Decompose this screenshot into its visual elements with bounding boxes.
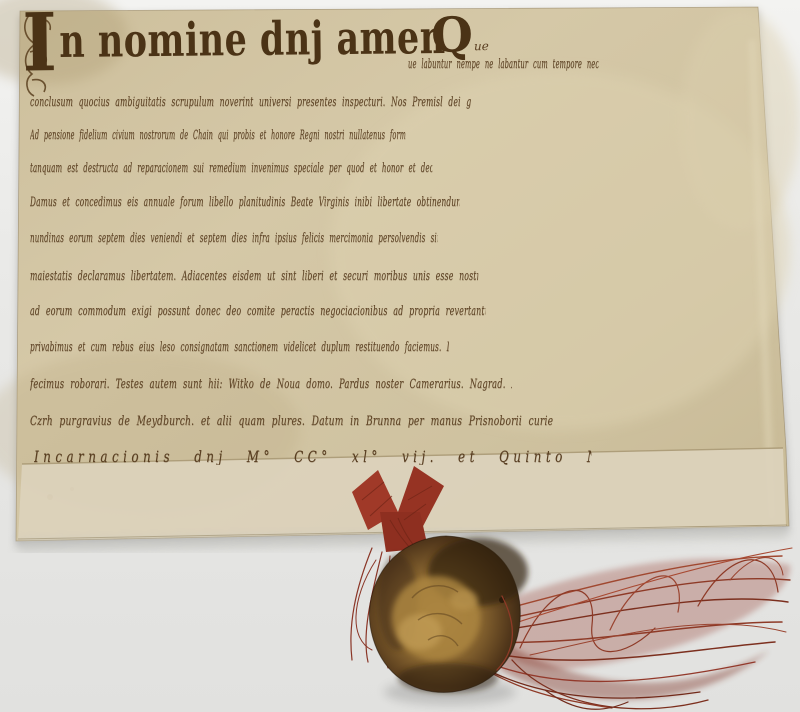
manuscript-line: conclusum quocius ambiguitatis scrupulum… bbox=[30, 96, 471, 109]
manuscript-line: ue labuntur nempe ne labantur cum tempor… bbox=[408, 58, 598, 71]
manuscript-line: ad eorum commodum exigi possunt donec de… bbox=[30, 305, 486, 318]
manuscript-line: Czrh purgravius de Meydburch. et alii qu… bbox=[30, 415, 556, 428]
manuscript-dateline: Incarnacionis dnj M° CC° xl° vij. et Qui… bbox=[34, 449, 591, 465]
heading-body: n nomine dnj amen bbox=[59, 15, 446, 65]
manuscript-line: tanquam est destructa ad reparacionem su… bbox=[30, 162, 432, 175]
manuscript-line: nundinas eorum septem dies veniendi et s… bbox=[30, 232, 438, 245]
manuscript-line: fecimus roborari. Testes autem sunt hii:… bbox=[30, 378, 512, 391]
manuscript-text: I n nomine dnj amen Q ue ue labuntur nem… bbox=[0, 0, 800, 712]
manuscript-line: maiestatis declaramus libertatem. Adiace… bbox=[30, 270, 478, 283]
heading-initial: I bbox=[22, 10, 55, 78]
heading-small-letters: ue bbox=[474, 39, 489, 53]
charter-photo: I n nomine dnj amen Q ue ue labuntur nem… bbox=[0, 0, 800, 712]
manuscript-line: Ad pensione fidelium civium nostrorum de… bbox=[30, 129, 405, 142]
manuscript-line: privabimus et cum rebus eius leso consig… bbox=[30, 341, 449, 354]
manuscript-line: Damus et concedimus eis annuale forum li… bbox=[30, 196, 459, 209]
